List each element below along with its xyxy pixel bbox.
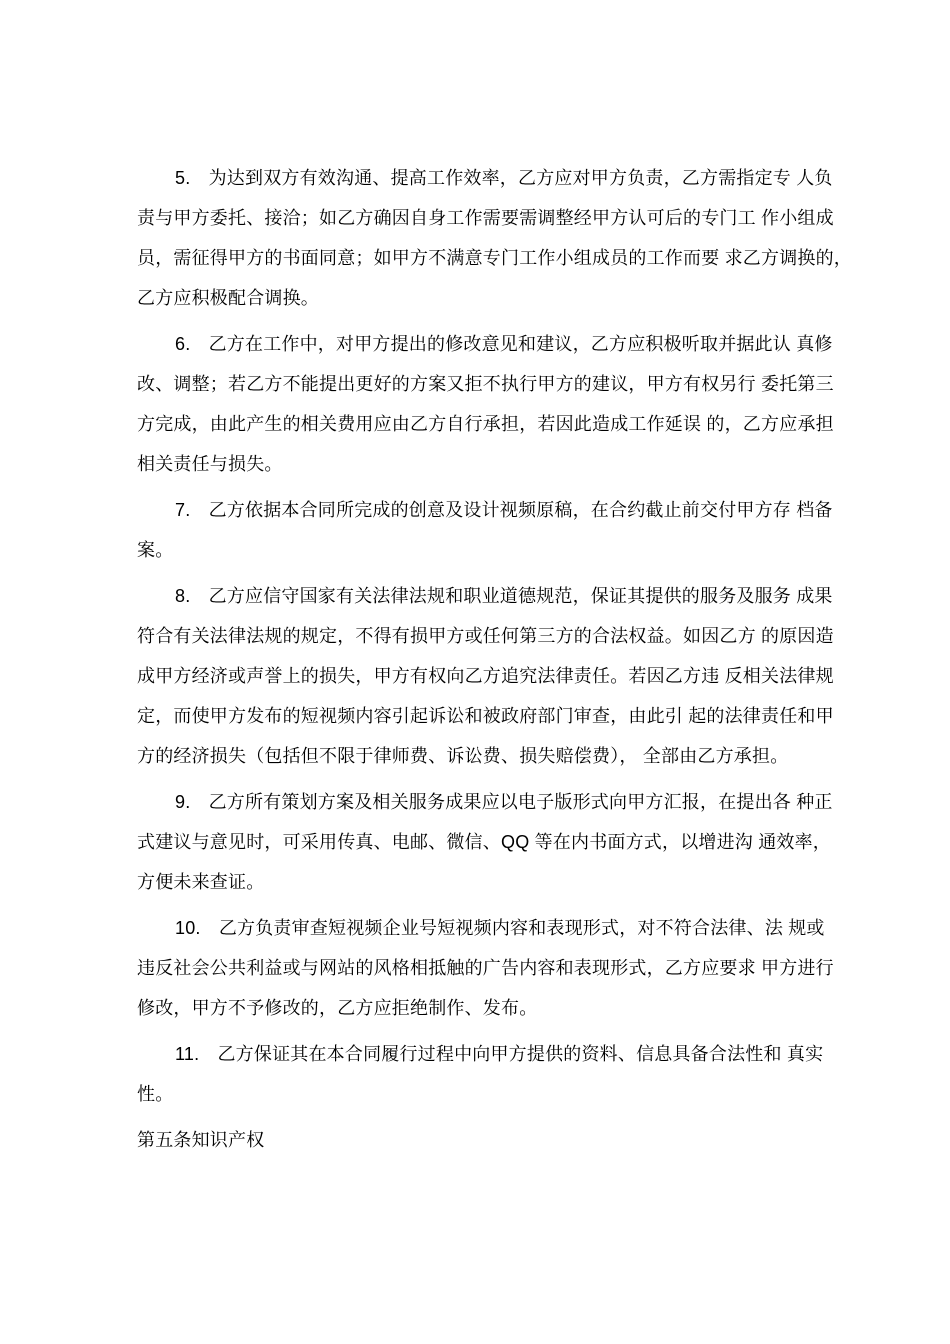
document-body: 5. 为达到双方有效沟通、提高工作效率，乙方应对甲方负责，乙方需指定专 人负责与… — [137, 158, 863, 1166]
text-line: 性。 — [137, 1074, 863, 1114]
text-line: 乙方应积极配合调换。 — [137, 278, 863, 318]
contract-clause-9: 9. 乙方所有策划方案及相关服务成果应以电子版形式向甲方汇报，在提出各 种正式建… — [137, 782, 863, 902]
text-line: 符合有关法律法规的规定，不得有损甲方或任何第三方的合法权益。如因乙方 的原因造 — [137, 616, 863, 656]
section-heading: 第五条知识产权 — [137, 1120, 863, 1160]
text-line: 10. 乙方负责审查短视频企业号短视频内容和表现形式，对不符合法律、法 规或 — [137, 908, 863, 948]
text-line: 员，需征得甲方的书面同意；如甲方不满意专门工作小组成员的工作而要 求乙方调换的， — [137, 238, 863, 278]
text-line: 6. 乙方在工作中，对甲方提出的修改意见和建议，乙方应积极听取并据此认 真修 — [137, 324, 863, 364]
contract-clause-10: 10. 乙方负责审查短视频企业号短视频内容和表现形式，对不符合法律、法 规或违反… — [137, 908, 863, 1028]
contract-clause-7: 7. 乙方依据本合同所完成的创意及设计视频原稿，在合约截止前交付甲方存 档备案。 — [137, 490, 863, 570]
text-line: 7. 乙方依据本合同所完成的创意及设计视频原稿，在合约截止前交付甲方存 档备 — [137, 490, 863, 530]
text-line: 定，而使甲方发布的短视频内容引起诉讼和被政府部门审查，由此引 起的法律责任和甲 — [137, 696, 863, 736]
text-line: 案。 — [137, 530, 863, 570]
text-line: 方的经济损失（包括但不限于律师费、诉讼费、损失赔偿费）， 全部由乙方承担。 — [137, 736, 863, 776]
contract-clause-11: 11. 乙方保证其在本合同履行过程中向甲方提供的资料、信息具备合法性和 真实性。 — [137, 1034, 863, 1114]
text-line: 修改，甲方不予修改的，乙方应拒绝制作、发布。 — [137, 988, 863, 1028]
contract-clause-8: 8. 乙方应信守国家有关法律法规和职业道德规范，保证其提供的服务及服务 成果符合… — [137, 576, 863, 776]
text-line: 第五条知识产权 — [137, 1120, 863, 1160]
contract-clause-5: 5. 为达到双方有效沟通、提高工作效率，乙方应对甲方负责，乙方需指定专 人负责与… — [137, 158, 863, 318]
contract-clause-6: 6. 乙方在工作中，对甲方提出的修改意见和建议，乙方应积极听取并据此认 真修改、… — [137, 324, 863, 484]
text-line: 相关责任与损失。 — [137, 444, 863, 484]
text-line: 11. 乙方保证其在本合同履行过程中向甲方提供的资料、信息具备合法性和 真实 — [137, 1034, 863, 1074]
text-line: 成甲方经济或声誉上的损失，甲方有权向乙方追究法律责任。若因乙方违 反相关法律规 — [137, 656, 863, 696]
text-line: 责与甲方委托、接洽；如乙方确因自身工作需要需调整经甲方认可后的专门工 作小组成 — [137, 198, 863, 238]
text-line: 方便未来查证。 — [137, 862, 863, 902]
text-line: 9. 乙方所有策划方案及相关服务成果应以电子版形式向甲方汇报，在提出各 种正 — [137, 782, 863, 822]
text-line: 方完成，由此产生的相关费用应由乙方自行承担，若因此造成工作延误 的，乙方应承担 — [137, 404, 863, 444]
text-line: 式建议与意见时，可采用传真、电邮、微信、QQ 等在内书面方式，以增进沟 通效率， — [137, 822, 863, 862]
text-line: 违反社会公共利益或与网站的风格相抵触的广告内容和表现形式，乙方应要求 甲方进行 — [137, 948, 863, 988]
text-line: 8. 乙方应信守国家有关法律法规和职业道德规范，保证其提供的服务及服务 成果 — [137, 576, 863, 616]
text-line: 5. 为达到双方有效沟通、提高工作效率，乙方应对甲方负责，乙方需指定专 人负 — [137, 158, 863, 198]
text-line: 改、调整；若乙方不能提出更好的方案又拒不执行甲方的建议，甲方有权另行 委托第三 — [137, 364, 863, 404]
